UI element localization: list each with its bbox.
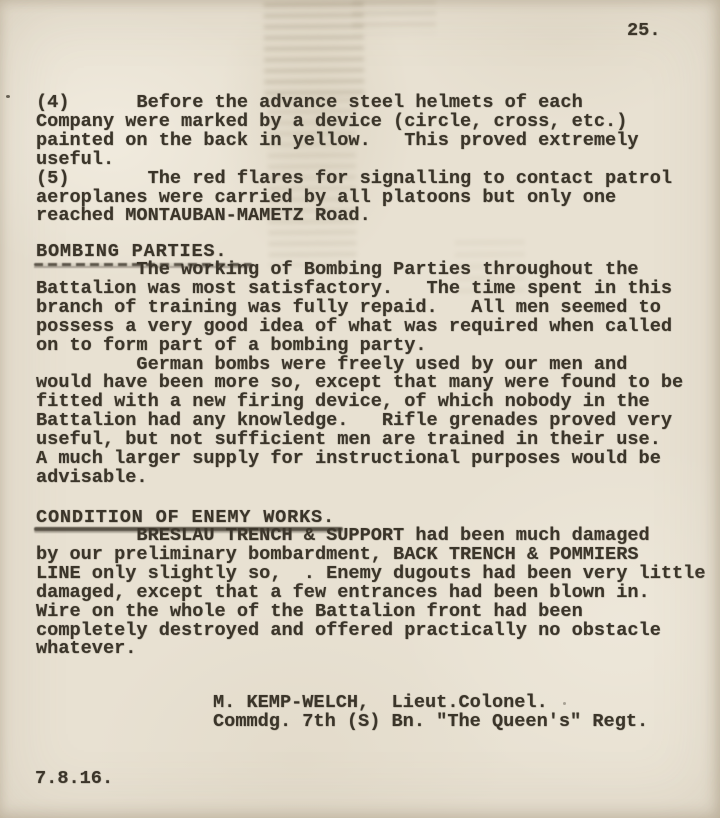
bleed-through-texture xyxy=(352,0,436,34)
paragraph-condition-enemy-works: BRESLAU TRENCH & SUPPORT had been much d… xyxy=(36,527,705,659)
signature-block: M. KEMP-WELCH, Lieut.Colonel. Commdg. 7t… xyxy=(213,694,648,732)
paper-speck xyxy=(6,95,10,98)
page-number: 25. xyxy=(627,21,660,40)
bleed-through-texture xyxy=(264,2,365,99)
paragraph-numbered-points: (4) Before the advance steel helmets of … xyxy=(36,94,672,226)
document-page: 25. (4) Before the advance steel helmets… xyxy=(0,0,720,818)
paragraph-bombing-parties: The working of Bombing Parties throughou… xyxy=(36,261,683,488)
date-stamp: 7.8.16. xyxy=(35,769,113,788)
